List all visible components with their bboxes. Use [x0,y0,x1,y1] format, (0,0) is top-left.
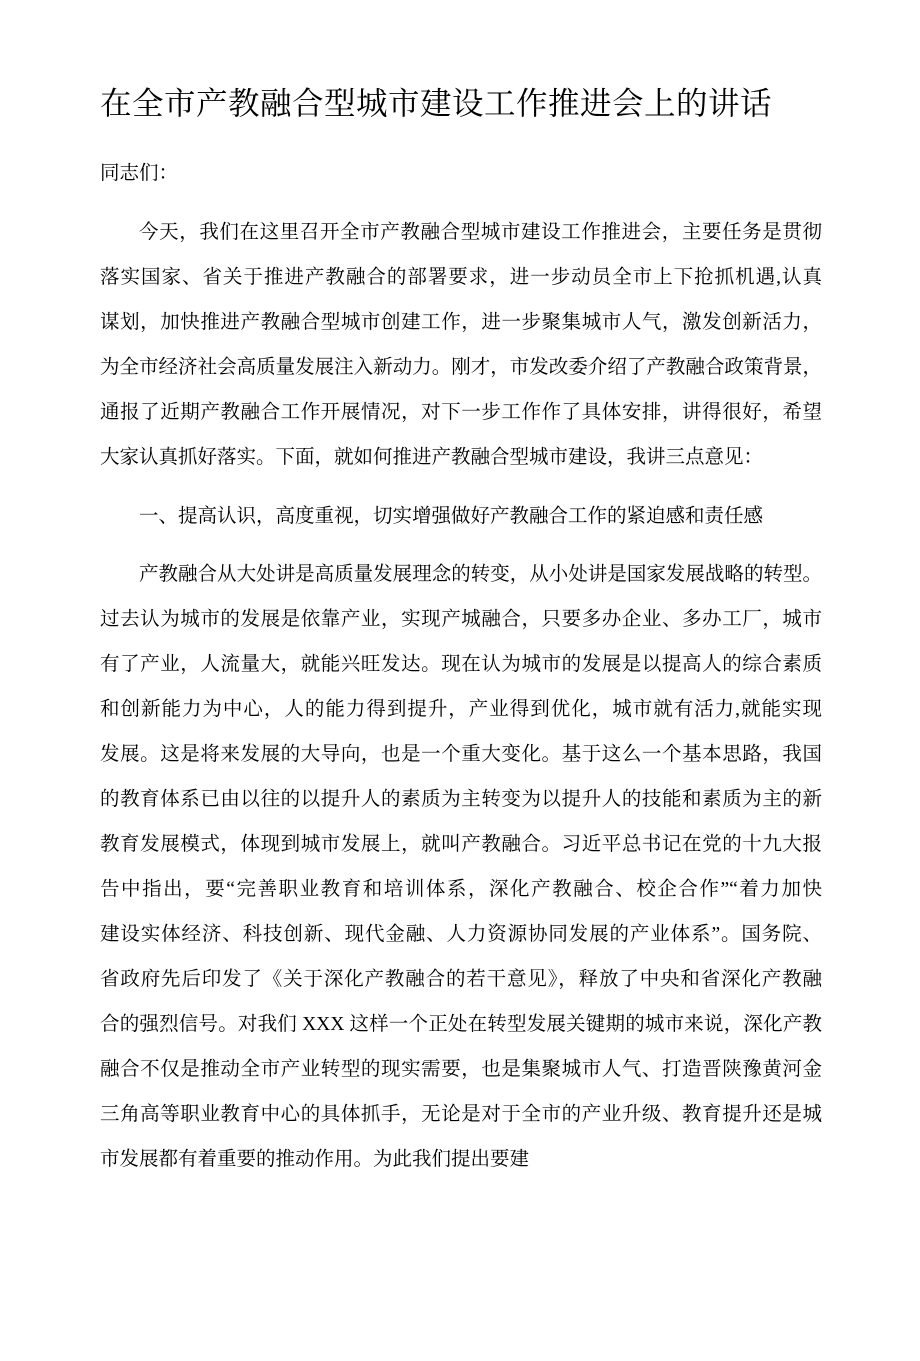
text-line: 通报了近期产教融合工作开展情况，对下一步工作作了具体安排，讲得很好，希望 [100,390,822,435]
text-line: 发展。这是将来发展的大导向，也是一个重大变化。基于这么一个基本思路，我国 [100,732,822,777]
text-line: 省政府先后印发了《关于深化产教融合的若干意见》，释放了中央和省深化产教融 [100,957,822,1002]
text-line: 落实国家、省关于推进产教融合的部署要求，进一步动员全市上下抢抓机遇,认真 [100,255,822,300]
text-line: 融合不仅是推动全市产业转型的现实需要，也是集聚城市人气、打造晋陕豫黄河金 [100,1047,822,1092]
text-line: 有了产业，人流量大，就能兴旺发达。现在认为城市的发展是以提高人的综合素质 [100,642,822,687]
text-line: 市发展都有着重要的推动作用。为此我们提出要建 [100,1137,822,1182]
text-line: 过去认为城市的发展是依靠产业，实现产城融合，只要多办企业、多办工厂，城市 [100,597,822,642]
text-line: 建设实体经济、科技创新、现代金融、人力资源协同发展的产业体系”。国务院、 [100,912,822,957]
text-line: 和创新能力为中心，人的能力得到提升，产业得到优化，城市就有活力,就能实现 [100,687,822,732]
document-page: 在全市产教融合型城市建设工作推进会上的讲话 同志们： 今天，我们在这里召开全市产… [0,0,920,1361]
section-heading-1: 一、提高认识，高度重视，切实增强做好产教融合工作的紧迫感和责任感 [100,494,822,539]
text-line: 谋划，加快推进产教融合型城市创建工作，进一步聚集城市人气，激发创新活力， [100,300,822,345]
document-title: 在全市产教融合型城市建设工作推进会上的讲话 [100,87,822,122]
text-line: 三角高等职业教育中心的具体抓手，无论是对于全市的产业升级、教育提升还是城 [100,1092,822,1137]
paragraph-1: 今天，我们在这里召开全市产教融合型城市建设工作推进会，主要任务是贯彻 落实国家、… [100,210,822,480]
text-line: 产教融合从大处讲是高质量发展理念的转变，从小处讲是国家发展战略的转型。 [100,552,822,597]
text-line: 今天，我们在这里召开全市产教融合型城市建设工作推进会，主要任务是贯彻 [100,210,822,255]
text-line: 大家认真抓好落实。下面，就如何推进产教融合型城市建设，我讲三点意见： [100,435,822,480]
text-line: 为全市经济社会高质量发展注入新动力。刚才，市发改委介绍了产教融合政策背景， [100,345,822,390]
text-line: 教育发展模式，体现到城市发展上，就叫产教融合。习近平总书记在党的十九大报 [100,822,822,867]
text-line: 合的强烈信号。对我们 XXX 这样一个正处在转型发展关键期的城市来说，深化产教 [100,1002,822,1047]
salutation: 同志们： [100,162,822,185]
text-line: 的教育体系已由以往的以提升人的素质为主转变为以提升人的技能和素质为主的新 [100,777,822,822]
text-line: 告中指出，要“完善职业教育和培训体系，深化产教融合、校企合作”“着力加快 [100,867,822,912]
paragraph-2: 产教融合从大处讲是高质量发展理念的转变，从小处讲是国家发展战略的转型。 过去认为… [100,552,822,1182]
